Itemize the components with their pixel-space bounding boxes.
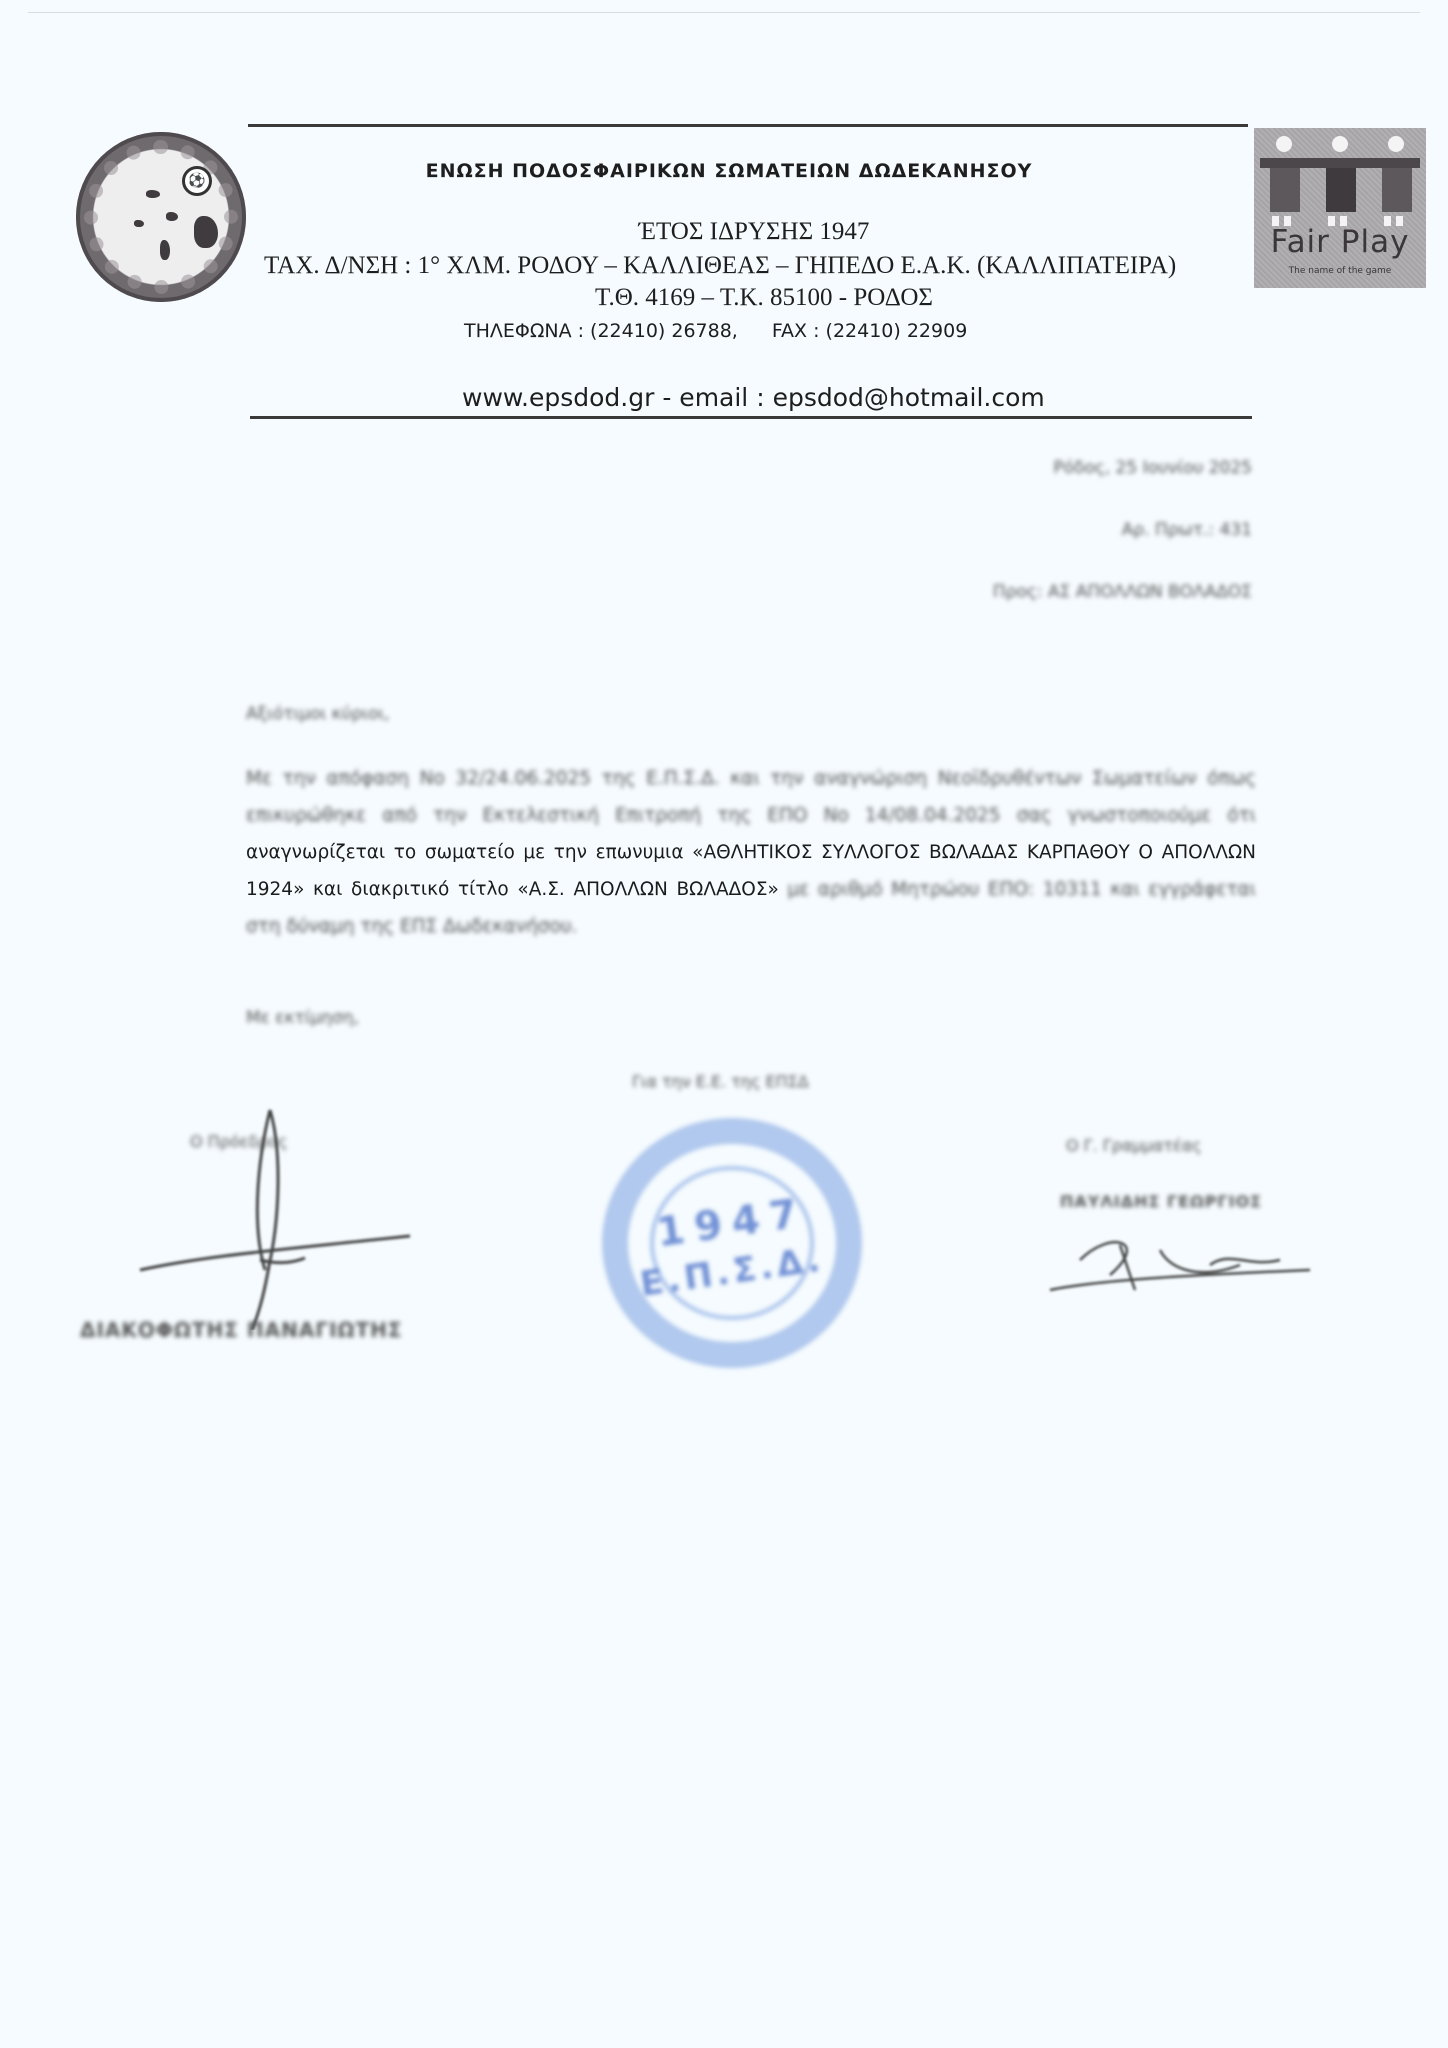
fair-play-logo: Fair Play The name of the game — [1254, 128, 1426, 288]
fairplay-bar — [1260, 158, 1420, 168]
paragraph-redacted-start: Με την απόφαση Νο 32/24.06.2025 της Ε.Π.… — [246, 768, 1256, 826]
player-body-icon — [1382, 168, 1412, 212]
official-stamp: 1947 Ε.Π.Σ.Δ. — [602, 1118, 862, 1368]
contact-line: ΤΗΛΕΦΩΝΑ : (22410) 26788,FAX : (22410) 2… — [464, 320, 967, 342]
header-top-rule — [248, 124, 1248, 127]
letter-paragraph: Με την απόφαση Νο 32/24.06.2025 της Ε.Π.… — [246, 760, 1256, 945]
president-name: ΔΙΑΚΟΦΩΤΗΣ ΠΑΝΑΓΙΩΤΗΣ — [80, 1318, 403, 1342]
phone-numbers: ΤΗΛΕΦΩΝΑ : (22410) 26788, — [464, 320, 738, 342]
player-body-icon — [1326, 168, 1356, 212]
letter-page: ⚽ ΕΝΩΣΗ ΠΟΔΟΣΦΑΙΡΙΚΩΝ ΣΩΜΑΤΕΙΩΝ ΔΩΔΕΚΑΝΗ… — [0, 0, 1448, 2048]
fairplay-title: Fair Play — [1254, 224, 1426, 260]
player-head-icon — [1388, 136, 1404, 152]
secretary-name: ΠΑΥΛΙΔΗΣ ΓΕΩΡΓΙΟΣ — [1060, 1192, 1262, 1211]
po-box: Τ.Θ. 4169 – Τ.Κ. 85100 - ΡΟΔΟΣ — [0, 284, 1448, 312]
island-shape — [146, 190, 160, 198]
union-crest-logo: ⚽ — [76, 132, 246, 302]
fairplay-tagline: The name of the game — [1254, 266, 1426, 276]
salutation: Αξιότιμοι κύριοι, — [246, 704, 390, 724]
player-body-icon — [1270, 168, 1300, 212]
board-label: Για την Ε.Ε. της ΕΠΣΔ — [632, 1072, 809, 1091]
postal-address: ΤΑΧ. Δ/ΝΣΗ : 1° ΧΛΜ. ΡΟΔΟΥ – ΚΑΛΛΙΘΕΑΣ –… — [264, 252, 1176, 280]
header-bottom-rule — [250, 416, 1252, 419]
secretary-signature — [1040, 1220, 1320, 1310]
president-signature — [120, 1090, 440, 1330]
organization-name: ΕΝΩΣΗ ΠΟΔΟΣΦΑΙΡΙΚΩΝ ΣΩΜΑΤΕΙΩΝ ΔΩΔΕΚΑΝΗΣΟ… — [0, 160, 1448, 182]
letter-date: Ρόδος, 25 Ιουνίου 2025 — [1053, 458, 1252, 478]
fax-number: FAX : (22410) 22909 — [772, 320, 967, 342]
secretary-role: Ο Γ. Γραμματέας — [1066, 1136, 1202, 1155]
player-head-icon — [1332, 136, 1348, 152]
web-email-line: www.epsdod.gr - email : epsdod@hotmail.c… — [462, 383, 1045, 412]
founded-year: ΈΤΟΣ ΙΔΡΥΣΗΣ 1947 — [0, 218, 1448, 246]
player-head-icon — [1276, 136, 1292, 152]
closing: Με εκτίμηση, — [246, 1008, 359, 1028]
recipient: Προς: ΑΣ ΑΠΟΛΛΩΝ ΒΟΛΑΔΟΣ — [993, 582, 1252, 602]
scan-edge-line — [28, 12, 1420, 13]
protocol-number: Αρ. Πρωτ.: 431 — [1122, 520, 1252, 540]
